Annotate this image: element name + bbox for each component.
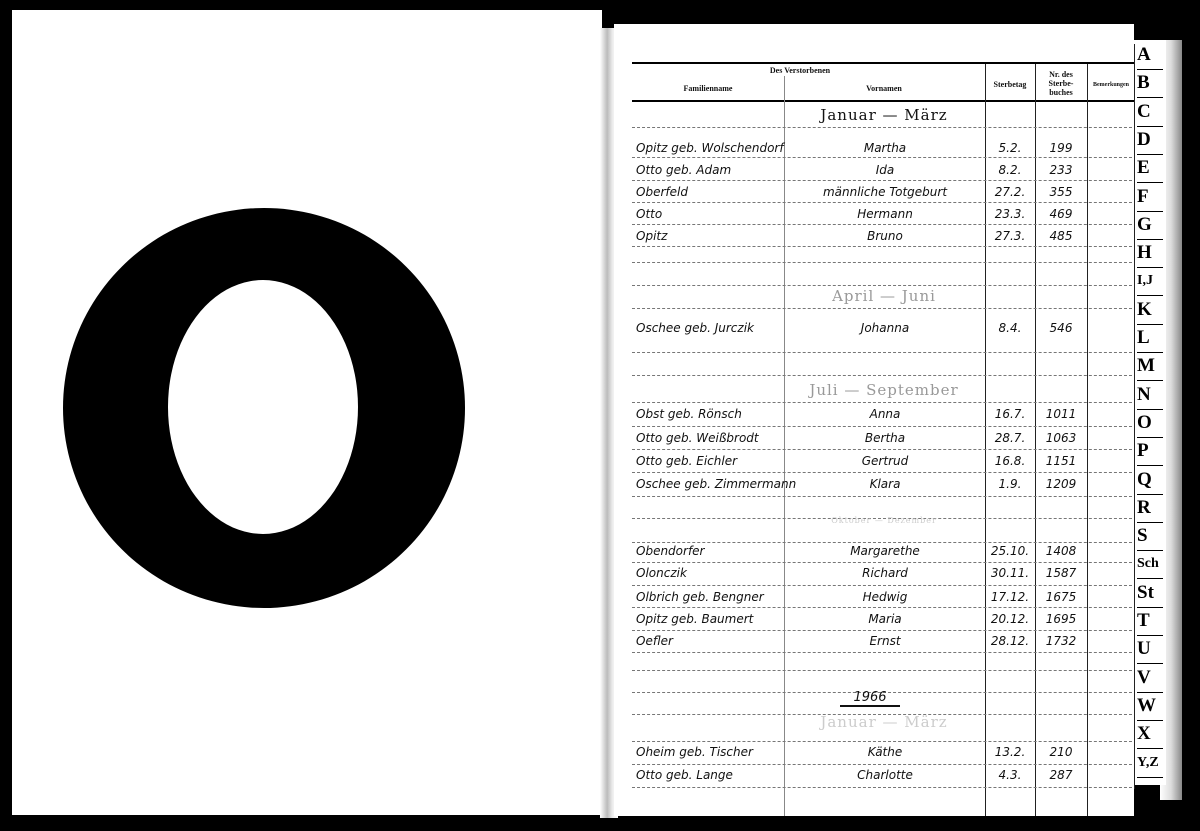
cell-vornamen: Charlotte [786, 768, 984, 782]
year-label: 1966 [840, 690, 900, 707]
header-nr-line1: Nr. des [1035, 70, 1087, 79]
cell-sterbetag: 17.12. [986, 590, 1034, 604]
cell-sterbetag: 27.3. [986, 229, 1034, 243]
cell-sterbetag: 16.8. [986, 454, 1034, 468]
ruled-line [632, 630, 1132, 631]
section-header-1966-q1: Januar — März [784, 713, 984, 731]
cell-nr: 210 [1036, 745, 1086, 759]
cell-familienname: Olbrich geb. Bengner [636, 590, 786, 604]
ruled-line [632, 787, 1132, 788]
ruled-line [632, 426, 1132, 427]
cell-vornamen: Klara [786, 477, 984, 491]
index-letter-o: O [0, 0, 600, 831]
cell-nr: 1408 [1036, 544, 1086, 558]
cell-vornamen: Ernst [786, 634, 984, 648]
cell-sterbetag: 1.9. [986, 477, 1034, 491]
ruled-line [632, 375, 1132, 376]
cell-vornamen: Maria [786, 612, 984, 626]
cell-sterbetag: 13.2. [986, 745, 1034, 759]
alphabet-tab[interactable]: H [1137, 241, 1163, 268]
cell-familienname: Otto [636, 207, 786, 221]
ruled-line [632, 670, 1132, 671]
alphabet-tab[interactable]: Q [1137, 468, 1163, 495]
ruled-line [632, 157, 1132, 158]
alphabet-tab[interactable]: X [1137, 722, 1163, 749]
alphabet-tab[interactable]: O [1137, 411, 1163, 438]
cell-sterbetag: 30.11. [986, 566, 1034, 580]
cell-nr: 1732 [1036, 634, 1086, 648]
ruled-line [632, 562, 1132, 563]
alphabet-tab[interactable]: V [1137, 666, 1163, 693]
cell-vornamen: Hedwig [786, 590, 984, 604]
alphabet-tab[interactable]: B [1137, 71, 1163, 98]
section-header-q3: Juli — September [784, 381, 984, 399]
cell-vornamen: Hermann [786, 207, 984, 221]
alphabet-tab[interactable]: M [1137, 354, 1163, 381]
alphabet-tab[interactable]: Y,Z [1137, 751, 1163, 778]
ruled-line [632, 449, 1132, 450]
ruled-line [632, 764, 1132, 765]
cell-familienname: Oefler [636, 634, 786, 648]
cell-nr: 233 [1036, 163, 1086, 177]
cell-sterbetag: 27.2. [986, 185, 1034, 199]
cell-nr: 1011 [1036, 407, 1086, 421]
ruled-line [632, 308, 1132, 309]
cell-familienname: Oschee geb. Jurczik [636, 321, 786, 335]
cell-sterbetag: 8.2. [986, 163, 1034, 177]
alphabet-tab[interactable]: R [1137, 496, 1163, 523]
alphabet-tab[interactable]: Sch [1137, 552, 1163, 579]
alphabet-tab[interactable]: D [1137, 128, 1163, 155]
ruled-line [632, 127, 1132, 128]
ruled-line [632, 180, 1132, 181]
alphabet-tab[interactable]: C [1137, 100, 1163, 127]
header-top-rule [632, 62, 1134, 64]
cell-familienname: Otto geb. Lange [636, 768, 786, 782]
cell-nr: 546 [1036, 321, 1086, 335]
alphabet-tab[interactable]: L [1137, 326, 1163, 353]
header-sterbetag: Sterbetag [985, 80, 1035, 89]
cell-sterbetag: 4.3. [986, 768, 1034, 782]
cell-familienname: Olonczik [636, 566, 786, 580]
alphabet-tab[interactable]: F [1137, 185, 1163, 212]
cell-nr: 469 [1036, 207, 1086, 221]
cell-sterbetag: 20.12. [986, 612, 1034, 626]
ruled-line [632, 741, 1132, 742]
cell-familienname: Oschee geb. Zimmermann [636, 477, 786, 491]
cell-nr: 1675 [1036, 590, 1086, 604]
ruled-line [632, 202, 1132, 203]
ruled-line [632, 285, 1132, 286]
header-nr-line2: Sterbe- [1035, 79, 1087, 88]
cell-familienname: Obendorfer [636, 544, 786, 558]
section-header-q4: Oktober — Dezember [784, 516, 984, 525]
section-header-q2: April — Juni [784, 287, 984, 305]
ruled-line [632, 496, 1132, 497]
cell-nr: 485 [1036, 229, 1086, 243]
cell-familienname: Opitz geb. Baumert [636, 612, 786, 626]
alphabet-tab[interactable]: I,J [1137, 269, 1163, 296]
alphabet-tab[interactable]: G [1137, 213, 1163, 240]
cell-familienname: Otto geb. Eichler [636, 454, 786, 468]
cell-nr: 1209 [1036, 477, 1086, 491]
alphabet-tab[interactable]: T [1137, 609, 1163, 636]
header-group-label: Des Verstorbenen [760, 66, 840, 75]
cell-vornamen: Margarethe [786, 544, 984, 558]
cell-vornamen: Gertrud [786, 454, 984, 468]
cell-sterbetag: 28.7. [986, 431, 1034, 445]
ruled-line [632, 652, 1132, 653]
cell-sterbetag: 8.4. [986, 321, 1034, 335]
alphabet-tab[interactable]: U [1137, 637, 1163, 664]
cell-sterbetag: 23.3. [986, 207, 1034, 221]
ruled-line [632, 352, 1132, 353]
alphabet-tab[interactable]: A [1137, 43, 1163, 70]
cell-vornamen: Martha [786, 141, 984, 155]
alphabet-tab[interactable]: E [1137, 156, 1163, 183]
ruled-line [632, 585, 1132, 586]
cell-sterbetag: 16.7. [986, 407, 1034, 421]
cell-familienname: Otto geb. Weißbrodt [636, 431, 786, 445]
ruled-line [632, 262, 1132, 263]
ruled-line [632, 402, 1132, 403]
column-divider-bemerkungen [1087, 64, 1088, 816]
ruled-line [632, 246, 1132, 247]
alphabet-tab[interactable]: N [1137, 383, 1163, 410]
header-vornamen: Vornamen [784, 84, 984, 93]
cell-vornamen: Anna [786, 407, 984, 421]
cell-vornamen: Käthe [786, 745, 984, 759]
cell-familienname: Obst geb. Rönsch [636, 407, 786, 421]
tab-strip-edge [1134, 44, 1135, 789]
cell-sterbetag: 25.10. [986, 544, 1034, 558]
cell-familienname: Oberfeld [636, 185, 786, 199]
cell-sterbetag: 5.2. [986, 141, 1034, 155]
cell-familienname: Otto geb. Adam [636, 163, 786, 177]
cell-vornamen: Richard [786, 566, 984, 580]
cell-nr: 355 [1036, 185, 1086, 199]
cell-vornamen: Johanna [786, 321, 984, 335]
ruled-line [632, 472, 1132, 473]
alphabet-tab[interactable]: K [1137, 298, 1163, 325]
cell-vornamen: Ida [786, 163, 984, 177]
cell-nr: 1151 [1036, 454, 1086, 468]
header-familienname: Familienname [632, 84, 784, 93]
alphabet-tab[interactable]: W [1137, 694, 1163, 721]
cell-nr: 287 [1036, 768, 1086, 782]
cell-vornamen: Bruno [786, 229, 984, 243]
ruled-line [632, 224, 1132, 225]
cell-sterbetag: 28.12. [986, 634, 1034, 648]
cell-nr: 1695 [1036, 612, 1086, 626]
ruled-line [632, 542, 1132, 543]
cell-familienname: Opitz [636, 229, 786, 243]
cell-vornamen: männliche Totgeburt [786, 185, 984, 199]
cell-familienname: Oheim geb. Tischer [636, 745, 786, 759]
alphabet-tab[interactable]: S [1137, 524, 1163, 551]
alphabet-tab[interactable]: P [1137, 439, 1163, 466]
cell-nr: 1587 [1036, 566, 1086, 580]
cell-vornamen: Bertha [786, 431, 984, 445]
header-bottom-rule [632, 100, 1134, 102]
header-nr-sterbebuches: Nr. des Sterbe- buches [1035, 70, 1087, 97]
cell-nr: 1063 [1036, 431, 1086, 445]
alphabet-tab[interactable]: St [1137, 581, 1163, 608]
cell-familienname: Opitz geb. Wolschendorf [636, 141, 786, 155]
cell-nr: 199 [1036, 141, 1086, 155]
section-header-q1: Januar — März [784, 106, 984, 124]
header-nr-line3: buches [1035, 88, 1087, 97]
ruled-line [632, 607, 1132, 608]
header-bemerkungen: Bemerkungen [1087, 81, 1135, 90]
